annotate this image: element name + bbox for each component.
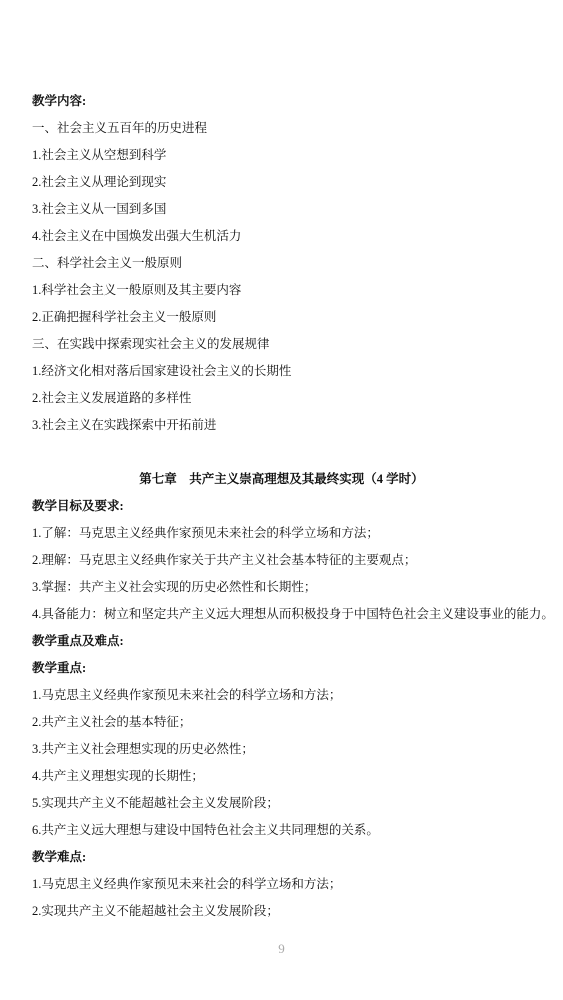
- paragraph: 4.社会主义在中国焕发出强大生机活力: [32, 223, 557, 250]
- document-page: 教学内容:一、社会主义五百年的历史进程1.社会主义从空想到科学2.社会主义从理论…: [0, 0, 563, 1000]
- document-content: 教学内容:一、社会主义五百年的历史进程1.社会主义从空想到科学2.社会主义从理论…: [0, 0, 563, 925]
- paragraph: 2.正确把握科学社会主义一般原则: [32, 304, 557, 331]
- paragraph: 2.实现共产主义不能超越社会主义发展阶段；: [32, 898, 557, 925]
- paragraph: 3.掌握：共产主义社会实现的历史必然性和长期性；: [32, 574, 557, 601]
- paragraph: 二、科学社会主义一般原则: [32, 250, 557, 277]
- paragraph: 2.理解：马克思主义经典作家关于共产主义社会基本特征的主要观点；: [32, 547, 557, 574]
- paragraph: 2.社会主义发展道路的多样性: [32, 385, 557, 412]
- paragraph: 一、社会主义五百年的历史进程: [32, 115, 557, 142]
- paragraph: 4.具备能力：树立和坚定共产主义远大理想从而积极投身于中国特色社会主义建设事业的…: [32, 601, 557, 628]
- paragraph: 4.共产主义理想实现的长期性；: [32, 763, 557, 790]
- paragraph: 三、在实践中探索现实社会主义的发展规律: [32, 331, 557, 358]
- section-heading: 教学难点:: [32, 844, 557, 871]
- paragraph: 1.马克思主义经典作家预见未来社会的科学立场和方法；: [32, 871, 557, 898]
- paragraph: 1.了解：马克思主义经典作家预见未来社会的科学立场和方法；: [32, 520, 557, 547]
- section-heading: 教学重点及难点:: [32, 628, 557, 655]
- section-heading: 教学内容:: [32, 88, 557, 115]
- paragraph: 2.社会主义从理论到现实: [32, 169, 557, 196]
- paragraph: 1.经济文化相对落后国家建设社会主义的长期性: [32, 358, 557, 385]
- paragraph: 1.科学社会主义一般原则及其主要内容: [32, 277, 557, 304]
- section-heading: 教学目标及要求:: [32, 493, 557, 520]
- paragraph: 6.共产主义远大理想与建设中国特色社会主义共同理想的关系。: [32, 817, 557, 844]
- paragraph: 2.共产主义社会的基本特征；: [32, 709, 557, 736]
- page-number: 9: [0, 941, 563, 957]
- paragraph: 5.实现共产主义不能超越社会主义发展阶段；: [32, 790, 557, 817]
- section-heading: 教学重点:: [32, 655, 557, 682]
- paragraph: 3.社会主义在实践探索中开拓前进: [32, 412, 557, 439]
- paragraph: 1.马克思主义经典作家预见未来社会的科学立场和方法；: [32, 682, 557, 709]
- paragraph: 3.社会主义从一国到多国: [32, 196, 557, 223]
- chapter-heading: 第七章 共产主义崇高理想及其最终实现（4 学时）: [32, 466, 557, 493]
- paragraph: 1.社会主义从空想到科学: [32, 142, 557, 169]
- blank-line: [32, 439, 557, 466]
- paragraph: 3.共产主义社会理想实现的历史必然性；: [32, 736, 557, 763]
